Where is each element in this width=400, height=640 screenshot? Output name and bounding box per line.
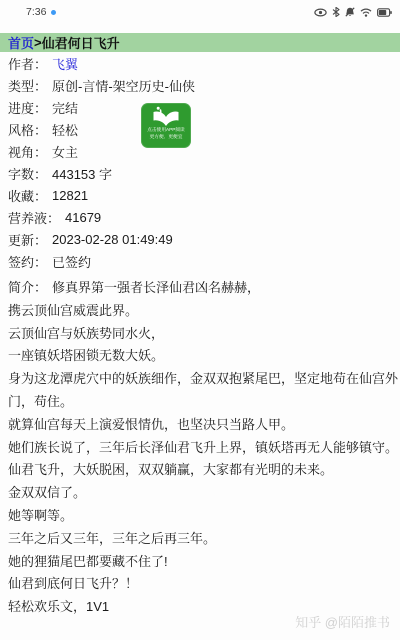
synopsis-line: 三年之后又三年，三年之后再三年。 <box>8 528 392 551</box>
bluetooth-icon <box>332 7 340 17</box>
synopsis-line: 金双双信了。 <box>8 482 392 505</box>
eye-icon <box>314 8 327 17</box>
synopsis-line: 她的狸猫尾巴都要藏不住了! <box>8 551 392 574</box>
meta-label: 收藏： <box>8 186 47 205</box>
meta-value: 已签约 <box>52 252 91 271</box>
watermark: 知乎 @陌陌推书 <box>295 612 390 631</box>
mute-icon <box>345 7 355 17</box>
meta-value: 2023-02-28 01:49:49 <box>52 232 173 247</box>
meta-label: 进度： <box>8 98 47 117</box>
meta-label: 营养液： <box>8 208 60 227</box>
meta-label: 类型： <box>8 76 47 95</box>
synopsis-line: 简介：修真界第一强者长泽仙君凶名赫赫， <box>8 277 392 300</box>
meta-label: 字数： <box>8 164 47 183</box>
meta-value: 12821 <box>52 188 88 203</box>
meta-row-pov: 视角： 女主 <box>8 140 392 162</box>
meta-row-contract: 签约： 已签约 <box>8 250 392 272</box>
synopsis: 简介：修真界第一强者长泽仙君凶名赫赫， 携云顶仙宫威震此界。 云顶仙宫与妖族势同… <box>8 277 392 619</box>
meta-label: 签约： <box>8 252 47 271</box>
synopsis-line: 门，苟住。 <box>8 391 392 414</box>
battery-icon <box>377 8 392 17</box>
meta-label: 作者： <box>8 54 47 73</box>
meta-value: 女主 <box>52 142 78 161</box>
badge-text-line2: 更方便、更便宜 <box>150 135 183 140</box>
meta-value: 443153 字 <box>52 164 112 183</box>
synopsis-label: 简介： <box>8 280 47 295</box>
phone-screen: 7:36 <box>0 0 400 640</box>
wifi-icon <box>360 8 372 17</box>
meta-row-wordcount: 字数： 443153 字 <box>8 162 392 184</box>
status-bar: 7:36 <box>0 0 400 21</box>
meta-value: 轻松 <box>52 120 78 139</box>
synopsis-line: 一座镇妖塔困锁无数大妖。 <box>8 345 392 368</box>
meta-label: 风格： <box>8 120 47 139</box>
meta-row-progress: 进度： 完结 <box>8 96 392 118</box>
notification-dot-icon <box>51 10 56 15</box>
open-book-logo-icon <box>150 106 182 128</box>
badge-text-line1: 点击使用APP阅读 <box>147 128 184 133</box>
meta-label: 更新： <box>8 230 47 249</box>
synopsis-line: 云顶仙宫与妖族势同水火， <box>8 323 392 346</box>
synopsis-line: 携云顶仙宫威震此界。 <box>8 300 392 323</box>
synopsis-line: 就算仙宫每天上演爱恨情仇，也坚决只当路人甲。 <box>8 414 392 437</box>
breadcrumb-separator: > <box>34 35 42 50</box>
synopsis-line: 身为这龙潭虎穴中的妖族细作，金双双抱紧尾巴，坚定地苟在仙宫外 <box>8 368 392 391</box>
clock: 7:36 <box>26 6 46 18</box>
meta-row-author: 作者： 飞翼 <box>8 52 392 74</box>
meta-row-nutrient: 营养液： 41679 <box>8 206 392 228</box>
synopsis-line: 仙君飞升，大妖脱困，双双躺赢，大家都有光明的未来。 <box>8 459 392 482</box>
author-link[interactable]: 飞翼 <box>52 54 78 73</box>
meta-label: 视角： <box>8 142 47 161</box>
breadcrumb: 首页>仙君何日飞升 <box>0 33 400 52</box>
jjwxc-app-badge[interactable]: 点击使用APP阅读 更方便、更便宜 <box>141 103 191 148</box>
synopsis-line: 仙君到底何日飞升？！ <box>8 573 392 596</box>
meta-row-favorites: 收藏： 12821 <box>8 184 392 206</box>
novel-info: 作者： 飞翼 类型： 原创-言情-架空历史-仙侠 进度： 完结 风格： 轻松 视… <box>0 52 400 619</box>
synopsis-line: 她们族长说了，三年后长泽仙君飞升上界，镇妖塔再无人能够镇守。 <box>8 437 392 460</box>
breadcrumb-home-link[interactable]: 首页 <box>8 33 34 52</box>
page-title: 仙君何日飞升 <box>42 33 120 52</box>
meta-row-style: 风格： 轻松 <box>8 118 392 140</box>
meta-row-updated: 更新： 2023-02-28 01:49:49 <box>8 228 392 250</box>
meta-value: 41679 <box>65 210 101 225</box>
meta-value: 原创-言情-架空历史-仙侠 <box>52 76 195 95</box>
meta-value: 完结 <box>52 98 78 117</box>
synopsis-line: 她等啊等。 <box>8 505 392 528</box>
meta-row-genre: 类型： 原创-言情-架空历史-仙侠 <box>8 74 392 96</box>
